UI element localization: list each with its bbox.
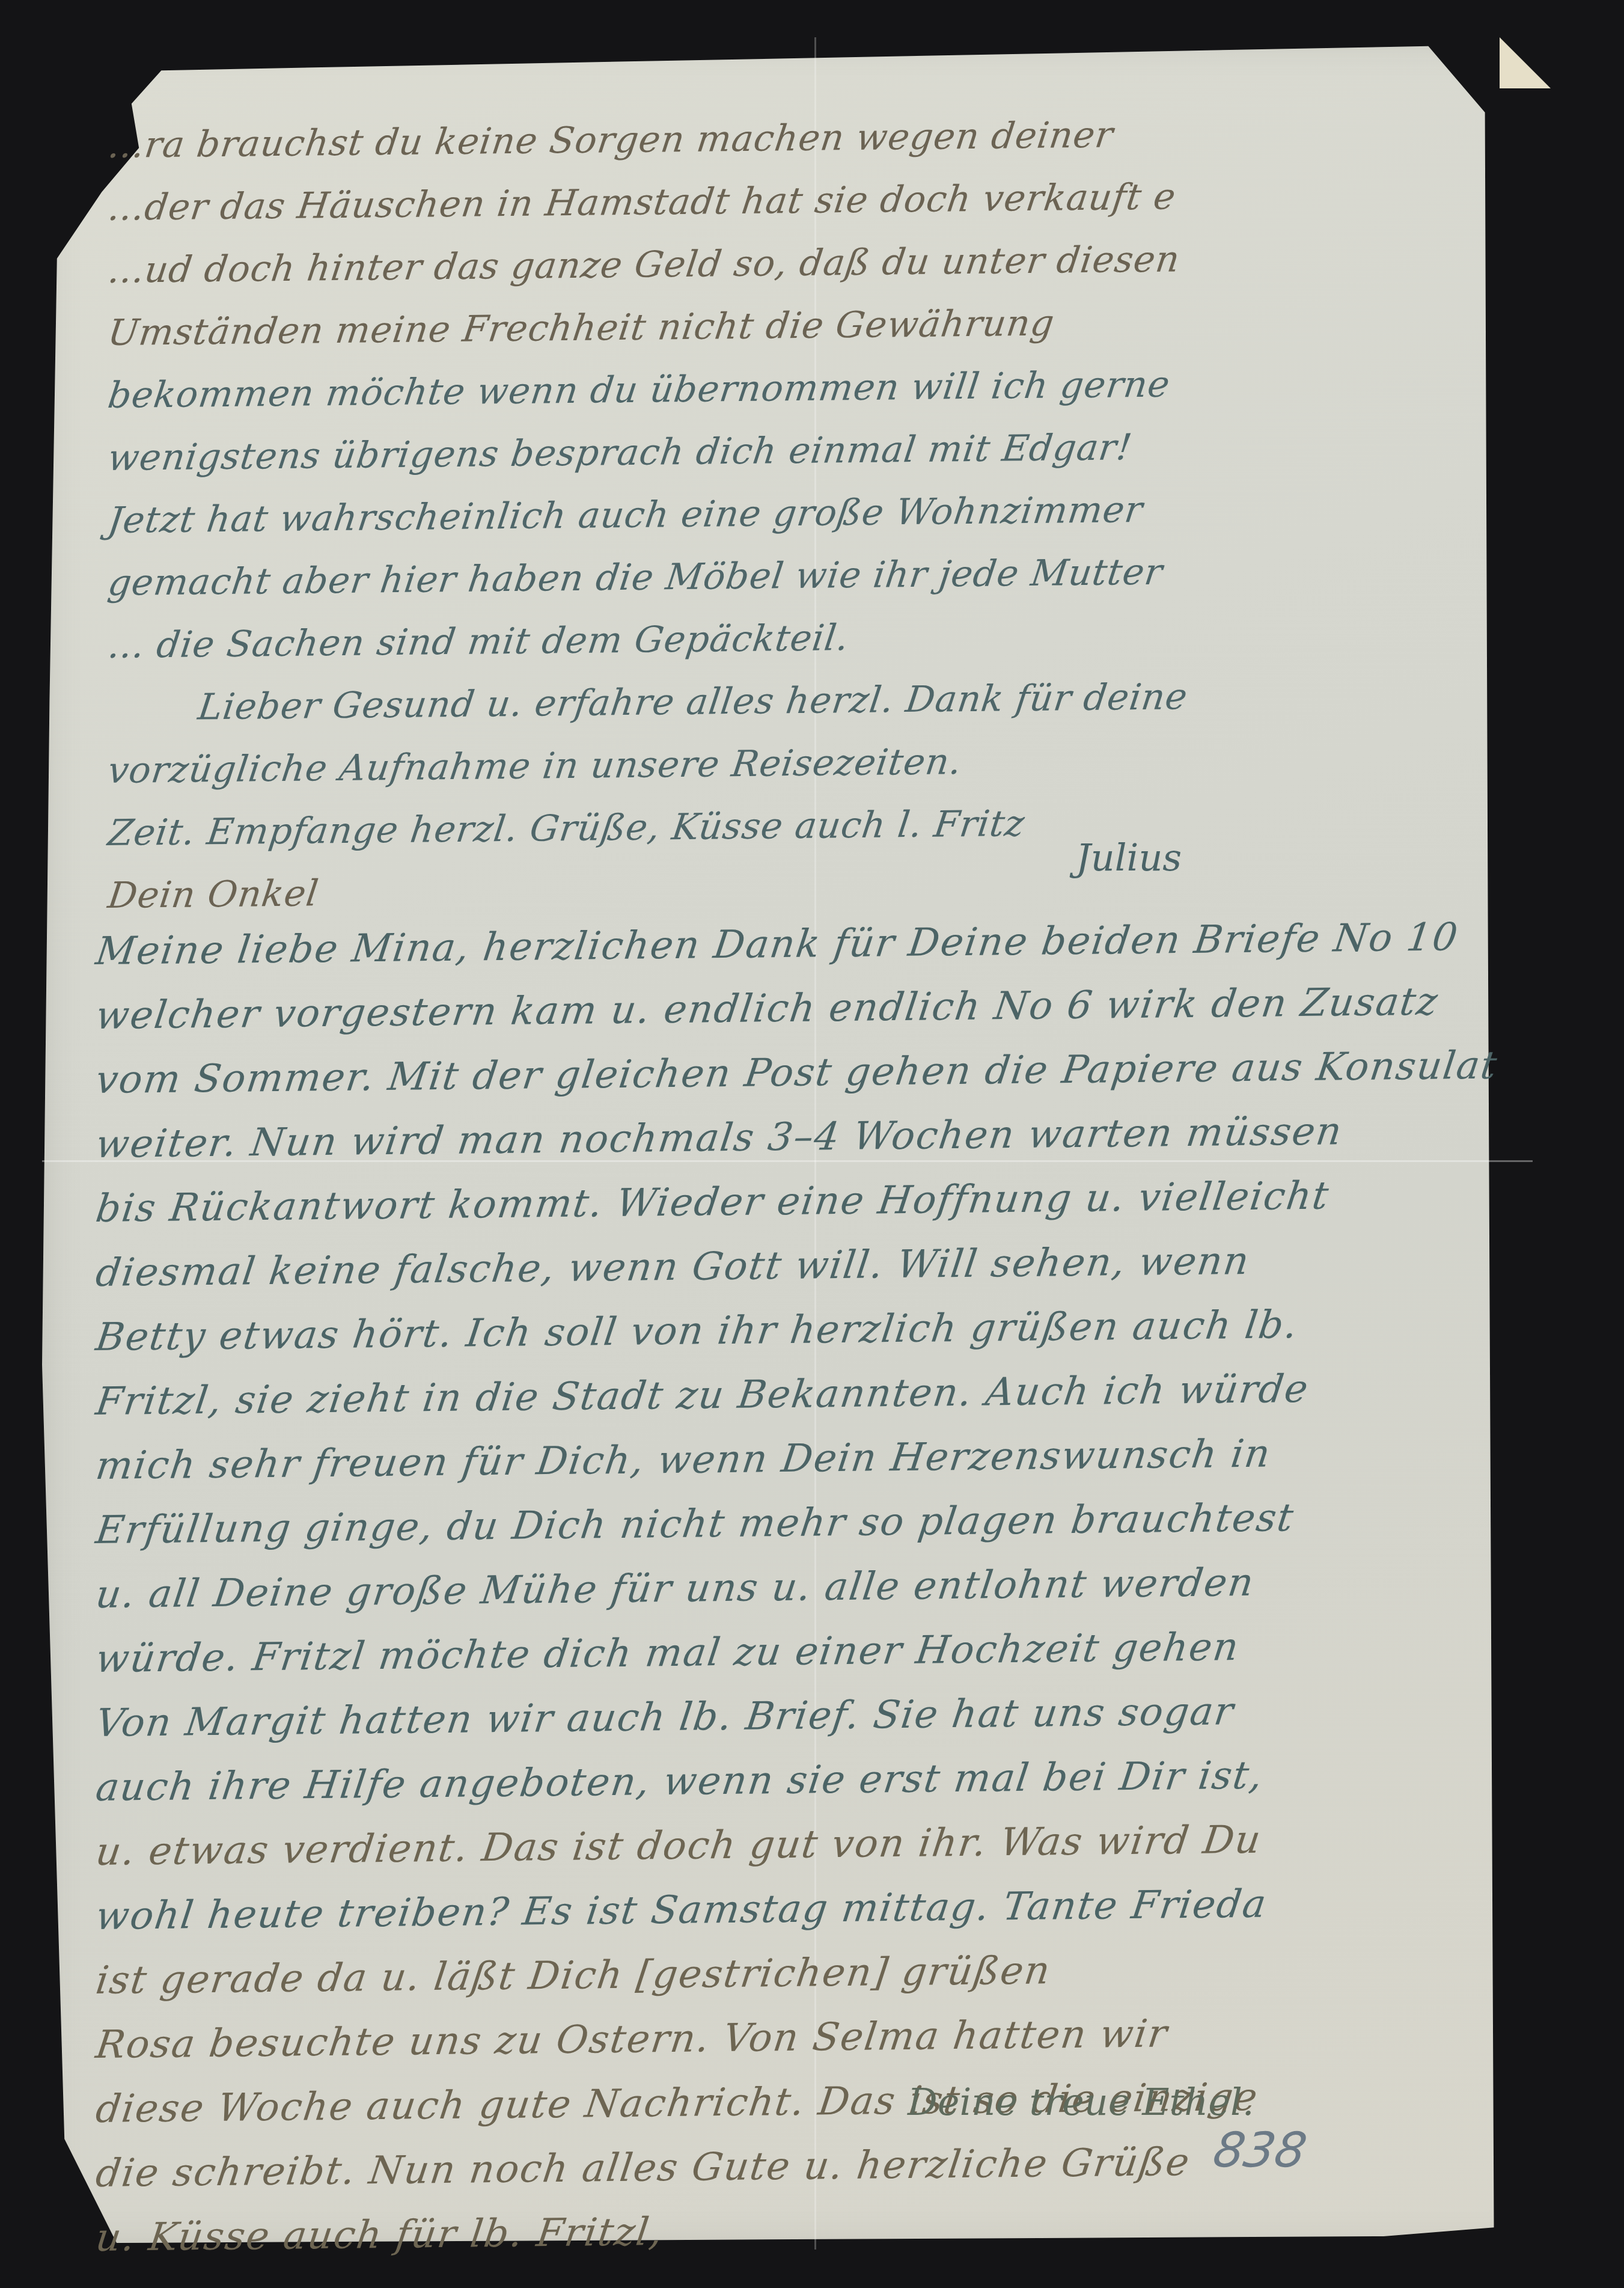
letter-part-2: Meine liebe Mina, herzlichen Dank für De… [96,920,1497,2271]
signature-julius: Julius [1076,836,1182,879]
folded-corner [1500,37,1551,88]
letter-part-1: …ra brauchst du keine Sorgen machen wege… [108,114,1509,927]
archive-number: 838 [1209,2122,1311,2178]
signature-ethel: Deine treue Ethel. [908,2080,1254,2124]
